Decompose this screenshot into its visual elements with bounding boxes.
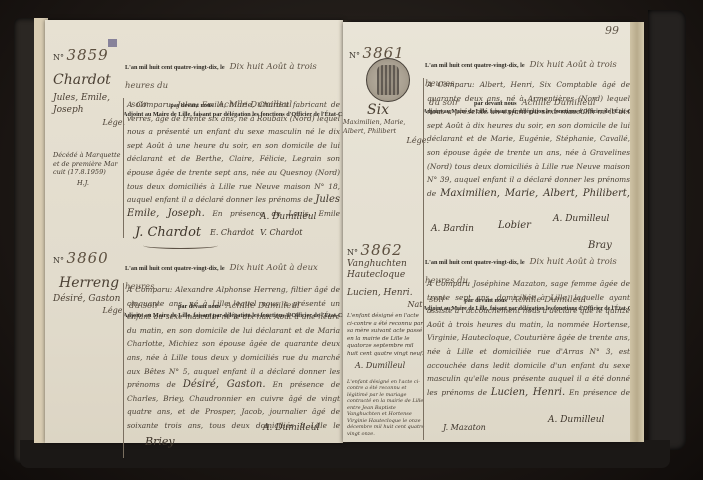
body-text: A Comparu: Albert, Henri, Six Comptable … [427,80,630,198]
number-prefix: N° [347,248,358,257]
record-text: A Comparu: Jules, Emile, Marie, Chardot … [124,98,340,222]
body-text: A Comparu: Alexandre Alphonse Herreng, f… [127,285,340,389]
officer-signature: A. Dumilleul [553,214,609,224]
record-3859: N° 3859 Chardot Jules, Emile, Joseph Lég… [45,20,343,235]
given-names: Désiré, Gaston. [183,379,266,390]
record-text: A Comparu: Albert, Henri, Six Comptable … [424,78,630,202]
page-stack-right [630,22,644,442]
margin-annotation-2: L'enfant désigné en l'acte ci-contre a é… [347,379,425,438]
record-margin: N° 3862 Vanghuchten Hautecloque Lucien, … [347,241,425,437]
margin-annotation: Décédé à Marquette et de première Mar cu… [53,151,125,177]
signature: Briey [145,435,175,448]
record-margin-names: Six Maximilien, Marie, Albert, Philibert… [343,102,429,145]
signature: J. Chardot [135,225,201,240]
record-number: N° 3859 [53,46,125,64]
body-text: A Comparu Joséphine Mazaton, sage femme … [427,279,630,397]
child-forenames: Maximilien, Marie, Albert, Philibert [343,118,429,136]
legitimacy-mark: Lége. [53,306,125,315]
officer-signature: A. Dumilleul [263,423,319,433]
left-page: N° 3859 Chardot Jules, Emile, Joseph Lég… [45,20,343,443]
given-names: Lucien, Henri. [491,387,565,398]
number-value: 3860 [67,249,109,267]
officer-signature: A. Dumilleul [260,212,316,222]
annotation-signature: H.J. [77,179,125,188]
record-number: N° 3860 [53,249,125,267]
child-surname: Six [367,102,429,118]
mairie-seal-icon [366,58,410,102]
officer-signature: A. Dumilleul [548,415,604,425]
seal-emblem [377,65,399,95]
printed-formula-1: L'an mil huit cent quatre-vingt-dix, le [125,64,225,71]
child-forenames: Désiré, Gaston [53,293,125,305]
record-margin: N° 3859 Chardot Jules, Emile, Joseph Lég… [53,46,125,187]
body-text: A Comparu: Jules, Emile, Marie, Chardot … [127,100,340,204]
record-number: N° 3862 [347,241,425,259]
cover-bottom-edge [20,440,670,468]
child-forenames: Jules, Emile, Joseph [53,92,125,116]
margin-annotation: L'enfant désigné en l'acte ci-contre a é… [347,313,425,358]
child-surname: Chardot [53,72,125,88]
child-surname: Vanghuchten Hautecloque [347,259,425,281]
number-prefix: N° [349,51,360,60]
signature: J. Mazaton [443,423,486,432]
printed-formula-1: L'an mil huit cent quatre-vingt-dix, le [425,62,525,69]
number-value: 3859 [67,46,109,64]
record-margin: N° 3860 Herreng Désiré, Gaston Lége. [53,249,125,315]
child-surname: Herreng [59,275,125,291]
signature: V. Chardot [260,228,302,237]
record-3860: N° 3860 Herreng Désiré, Gaston Lége. L'a… [45,245,343,443]
record-3861: N° 3861 Six Maximilien, Marie, Albert, P… [343,22,633,237]
child-forenames: Lucien, Henri. [347,287,425,299]
signature: E. Chardot [210,228,254,237]
printed-formula-1: L'an mil huit cent quatre-vingt-dix, le [125,265,225,272]
annotation-signature: A. Dumilleul [355,362,425,371]
legitimacy-mark: Lége. [343,136,429,145]
legitimacy-mark: Lége. [53,118,125,127]
record-3862: N° 3862 Vanghuchten Hautecloque Lucien, … [343,237,633,442]
record-body: A Comparu Joséphine Mazaton, sage femme … [423,227,630,440]
number-prefix: N° [53,256,64,265]
right-page: 99 N° 3861 Six Maximilien, Marie, Albert… [343,22,633,442]
record-text: A Comparu: Alexandre Alphonse Herreng, f… [124,283,340,433]
cover-right-edge [648,10,686,450]
number-prefix: N° [53,53,64,62]
legitimacy-mark: Nat. [347,300,425,309]
record-text: A Comparu Joséphine Mazaton, sage femme … [424,277,630,401]
given-names: Maximilien, Marie, Albert, Philibert, [440,188,630,199]
number-value: 3862 [361,241,403,259]
